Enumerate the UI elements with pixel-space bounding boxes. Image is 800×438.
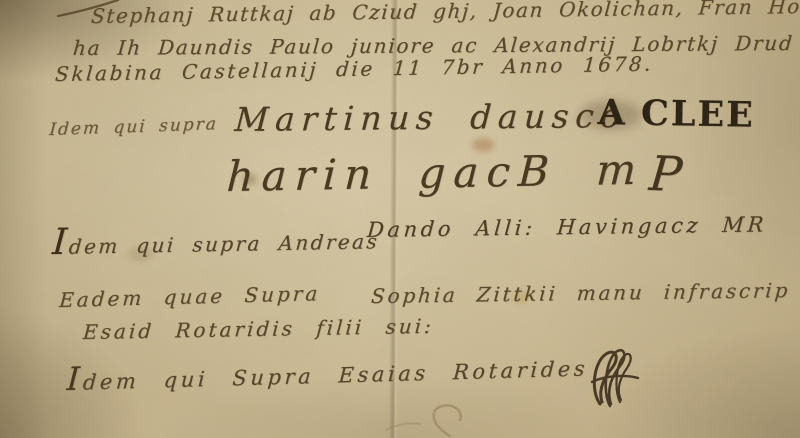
line-5-large-name: harin gacB m [225, 145, 645, 201]
manuscript-photo: Stephanj Ruttkaj ab Cziud ghj, Joan Okol… [0, 0, 800, 438]
line-5-large-initial: P [647, 146, 684, 203]
signature-monogram-flourish [586, 346, 642, 412]
line-6-prefix: Idem qui supra Andreas [51, 216, 381, 263]
line-4-dark-capitals: A CLEE [597, 92, 755, 136]
ink-bleedthrough-bottom [380, 400, 490, 438]
line-4-large-name: Martinus dausco [234, 96, 628, 139]
